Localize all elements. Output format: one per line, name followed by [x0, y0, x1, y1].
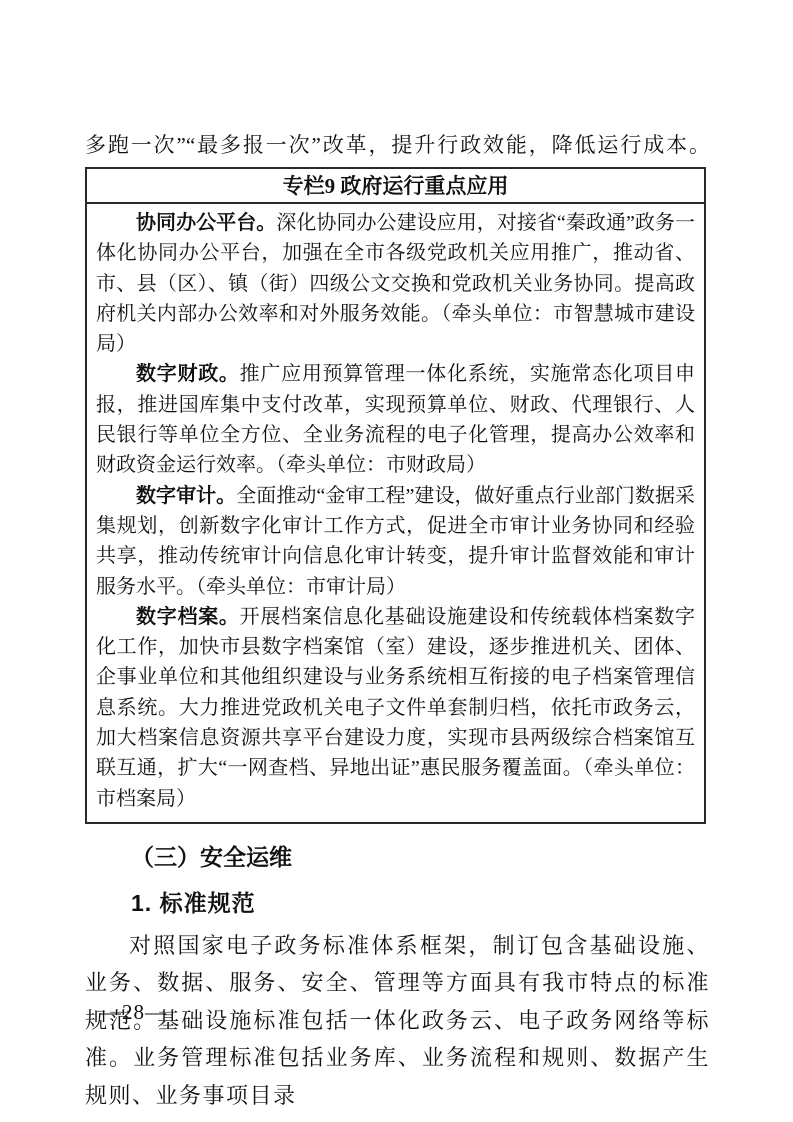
body-paragraph-standards: 对照国家电子政务标准体系框架，制订包含基础设施、业务、数据、服务、安全、管理等方…: [85, 927, 710, 1115]
paragraph-lead: 数字档案。: [136, 606, 240, 628]
page-number: —28—: [100, 1000, 167, 1025]
paragraph-text: 开展档案信息化基础设施建设和传统载体档案数字化工作，加快市县数字档案馆（室）建设…: [96, 606, 695, 810]
callout-box-column9: 专栏9 政府运行重点应用 协同办公平台。深化协同办公建设应用，对接省“秦政通”政…: [85, 167, 706, 824]
paragraph-lead: 数字财政。: [136, 363, 240, 385]
box-paragraph-collab-office: 协同办公平台。深化协同办公建设应用，对接省“秦政通”政务一体化协同办公平台，加强…: [96, 208, 695, 359]
paragraph-lead: 协同办公平台。: [136, 212, 276, 234]
callout-box-body: 协同办公平台。深化协同办公建设应用，对接省“秦政通”政务一体化协同办公平台，加强…: [87, 204, 704, 822]
callout-box-title: 专栏9 政府运行重点应用: [87, 169, 704, 204]
box-paragraph-digital-archives: 数字档案。开展档案信息化基础设施建设和传统载体档案数字化工作，加快市县数字档案馆…: [96, 602, 695, 814]
paragraph-lead: 数字审计。: [136, 485, 236, 507]
section-heading-security-ops: （三）安全运维: [85, 844, 710, 872]
sub-heading-standards: 1. 标准规范: [85, 889, 710, 917]
paragraph-continuation: 多跑一次”“最多报一次”改革，提升行政效能，降低运行成本。: [85, 130, 710, 160]
document-page: 多跑一次”“最多报一次”改革，提升行政效能，降低运行成本。 专栏9 政府运行重点…: [0, 0, 793, 1122]
page-content: 多跑一次”“最多报一次”改革，提升行政效能，降低运行成本。 专栏9 政府运行重点…: [85, 130, 710, 1114]
box-paragraph-digital-finance: 数字财政。推广应用预算管理一体化系统，实施常态化项目申报，推进国库集中支付改革，…: [96, 359, 695, 480]
box-paragraph-digital-audit: 数字审计。全面推动“金审工程”建设，做好重点行业部门数据采集规划，创新数字化审计…: [96, 481, 695, 602]
